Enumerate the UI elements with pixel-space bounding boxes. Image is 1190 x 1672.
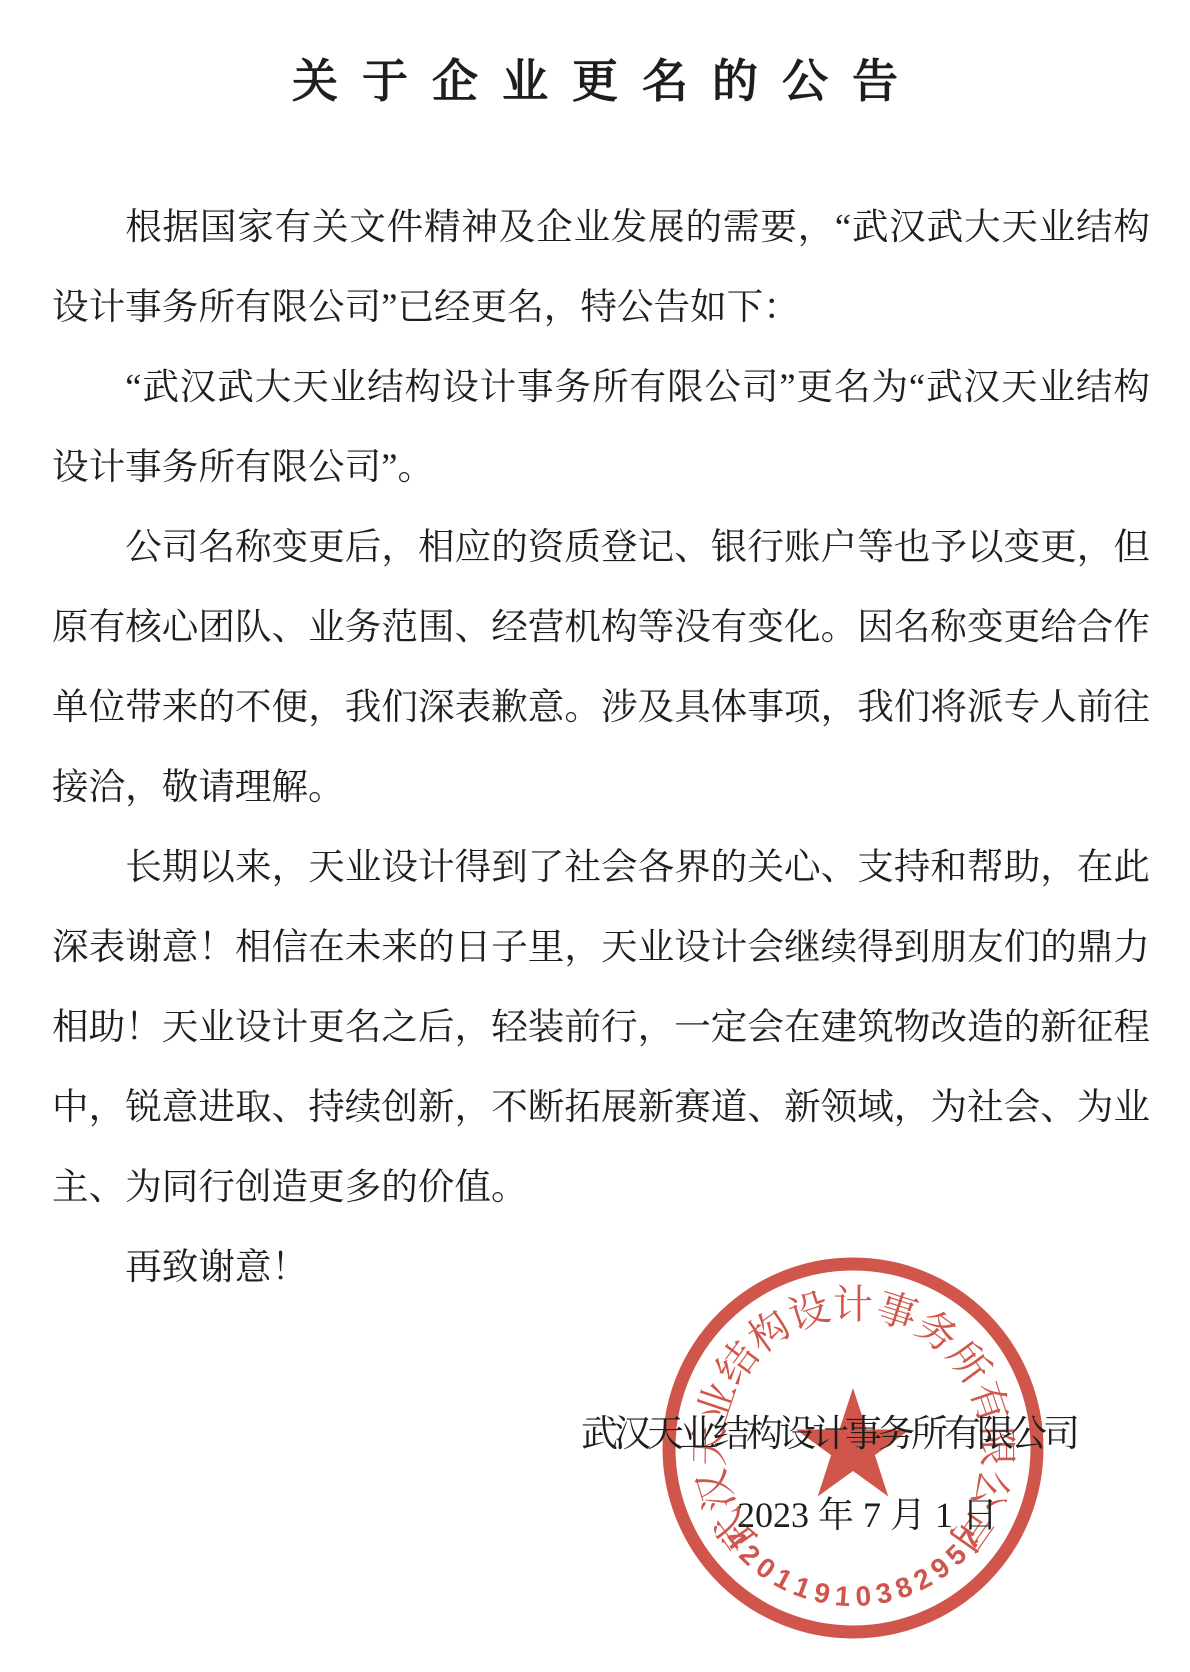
svg-text:结: 结	[708, 1333, 768, 1392]
svg-text:构: 构	[740, 1302, 799, 1362]
paragraph: 再致谢意！	[52, 1227, 1150, 1307]
signature-company-name: 武汉天业结构设计事务所有限公司	[581, 1413, 1076, 1457]
svg-text:务: 务	[907, 1302, 966, 1362]
svg-text:2: 2	[909, 1562, 937, 1597]
seal-serial-number: 42011910382957	[719, 1524, 987, 1612]
svg-text:所: 所	[938, 1333, 998, 1392]
paragraph: 公司名称变更后，相应的资质登记、银行账户等也予以变更，但原有核心团队、业务范围、…	[52, 507, 1150, 827]
svg-text:5: 5	[940, 1538, 973, 1571]
signature-date: 2023 年 7 月 1 日	[737, 1493, 998, 1537]
announcement-document: 关于企业更名的公告 根据国家有关文件精神及企业发展的需要，“武汉武大天业结构设计…	[0, 0, 1190, 1672]
document-title: 关于企业更名的公告	[0, 54, 1190, 110]
svg-text:0: 0	[855, 1580, 873, 1612]
svg-text:8: 8	[891, 1570, 916, 1604]
svg-text:9: 9	[925, 1551, 956, 1585]
paragraph: 长期以来，天业设计得到了社会各界的关心、支持和帮助，在此深表谢意！相信在未来的日…	[52, 827, 1150, 1227]
svg-text:1: 1	[790, 1570, 815, 1604]
svg-text:1: 1	[769, 1562, 797, 1597]
document-body: 根据国家有关文件精神及企业发展的需要，“武汉武大天业结构设计事务所有限公司”已经…	[52, 187, 1150, 1307]
svg-text:0: 0	[750, 1551, 781, 1585]
svg-text:1: 1	[834, 1580, 852, 1612]
svg-text:2: 2	[733, 1538, 766, 1571]
paragraph: 根据国家有关文件精神及企业发展的需要，“武汉武大天业结构设计事务所有限公司”已经…	[52, 187, 1150, 347]
svg-text:汉: 汉	[688, 1465, 743, 1516]
svg-text:9: 9	[811, 1576, 833, 1610]
svg-text:3: 3	[873, 1576, 895, 1610]
paragraph: “武汉武大天业结构设计事务所有限公司”更名为“武汉天业结构设计事务所有限公司”。	[52, 347, 1150, 507]
